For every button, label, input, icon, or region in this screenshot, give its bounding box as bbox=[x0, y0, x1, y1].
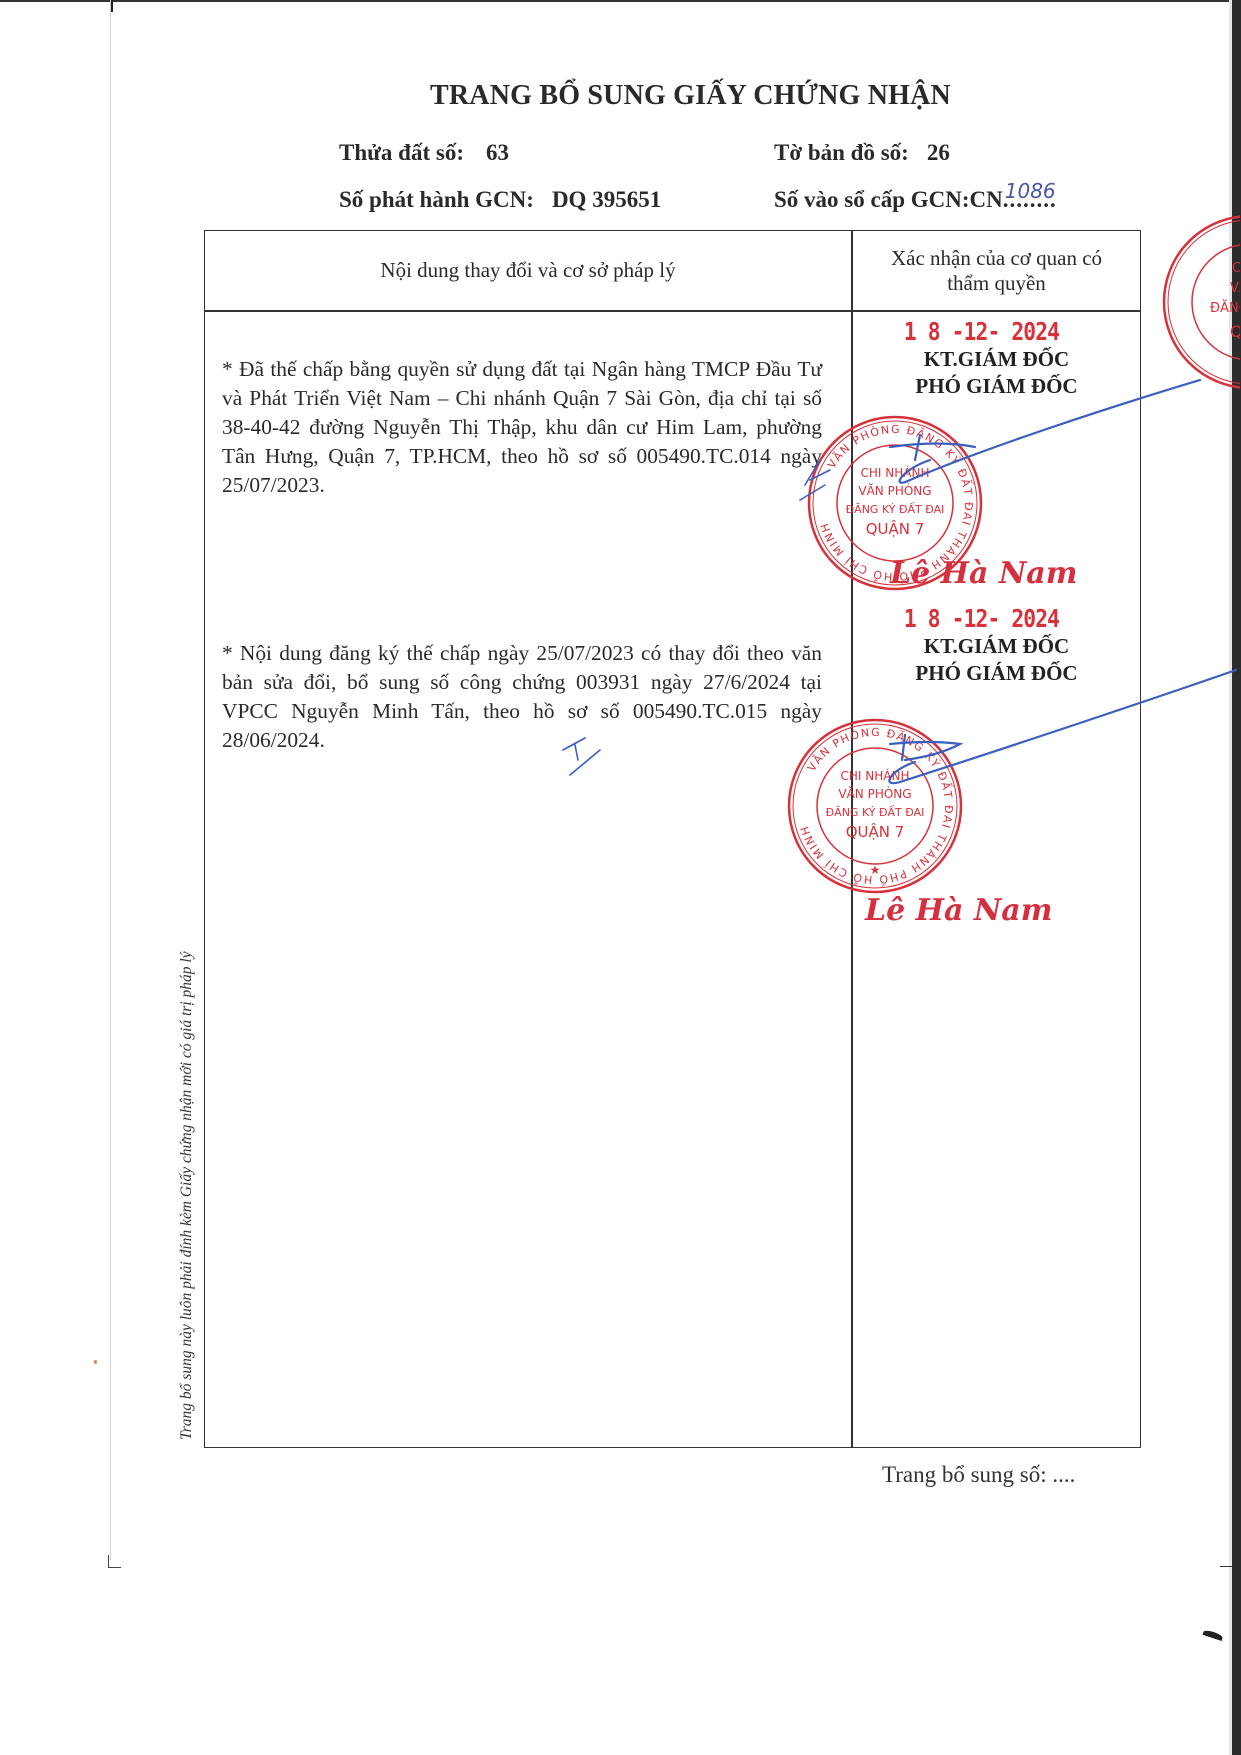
register-number: Số vào sổ cấp GCN:CN ........ 1086 bbox=[774, 187, 1057, 213]
date-stamp: 1 8 -12- 2024 bbox=[847, 604, 1116, 633]
scan-fold-line bbox=[110, 0, 111, 1560]
header-divider bbox=[205, 310, 1140, 312]
signer-name-stamp: Lê Hà Nam bbox=[890, 556, 1077, 591]
page-title: TRANG BỔ SUNG GIẤY CHỨNG NHẬN bbox=[0, 80, 1241, 112]
parcel-number: Thửa đất số:63 bbox=[339, 140, 509, 166]
svg-text:ĐĂNG KÝ ĐẤT ĐAI: ĐĂNG KÝ ĐẤT ĐAI bbox=[846, 502, 945, 516]
role-line: PHÓ GIÁM ĐỐC bbox=[853, 660, 1140, 687]
register-label: Số vào sổ cấp GCN: bbox=[774, 187, 970, 212]
official-seal-icon: VĂN PHÒNG ĐĂNG KÝ ĐẤT ĐAI THÀNH PHỐ HỒ C… bbox=[785, 716, 965, 896]
scan-mark bbox=[111, 0, 113, 12]
issue-number: Số phát hành GCN:DQ 395651 bbox=[339, 187, 661, 213]
crop-mark bbox=[1220, 1566, 1232, 1567]
entry-content-2: * Nội dung đăng ký thế chấp ngày 25/07/2… bbox=[222, 639, 822, 755]
parcel-label: Thửa đất số: bbox=[339, 140, 464, 165]
svg-text:CHI NHÁNH: CHI NHÁNH bbox=[841, 768, 910, 783]
svg-text:CHI NHÁNH: CHI NHÁNH bbox=[861, 465, 930, 480]
header-content: Nội dung thay đổi và cơ sở pháp lý bbox=[205, 231, 851, 310]
entry-content-1: * Đã thế chấp bằng quyền sử dụng đất tại… bbox=[222, 355, 822, 500]
svg-text:QUẬN 7: QUẬN 7 bbox=[846, 822, 905, 841]
register-prefix: CN bbox=[970, 187, 1003, 212]
role-line: PHÓ GIÁM ĐỐC bbox=[853, 373, 1140, 400]
header-confirmation: Xác nhận của cơ quan có thẩm quyền bbox=[853, 231, 1140, 310]
issue-label: Số phát hành GCN: bbox=[339, 187, 534, 212]
svg-text:★: ★ bbox=[870, 863, 881, 877]
amendment-table: Nội dung thay đổi và cơ sở pháp lý Xác n… bbox=[204, 230, 1141, 1448]
map-sheet-number: Tờ bản đồ số:26 bbox=[774, 140, 950, 166]
svg-text:ĐĂNG: ĐĂNG bbox=[1210, 300, 1240, 316]
parcel-value: 63 bbox=[486, 140, 509, 165]
signer-name-stamp: Lê Hà Nam bbox=[865, 893, 1052, 928]
role-line: KT.GIÁM ĐỐC bbox=[853, 633, 1140, 660]
issue-value: DQ 395651 bbox=[552, 187, 661, 212]
date-stamp: 1 8 -12- 2024 bbox=[847, 317, 1116, 346]
ink-smudge bbox=[1203, 1629, 1224, 1641]
map-sheet-value: 26 bbox=[927, 140, 950, 165]
svg-text:Q: Q bbox=[1230, 322, 1240, 341]
svg-text:VĂN PHÒNG: VĂN PHÒNG bbox=[858, 483, 931, 498]
scan-border-top bbox=[0, 0, 1241, 2]
official-seal-partial-icon: CH VĂ ĐĂNG Q bbox=[1160, 212, 1240, 392]
supplement-page-number: Trang bổ sung số: .... bbox=[882, 1462, 1075, 1488]
crop-mark bbox=[108, 1555, 121, 1568]
confirmation-block-2: 1 8 -12- 2024 KT.GIÁM ĐỐC PHÓ GIÁM ĐỐC bbox=[853, 604, 1140, 687]
svg-text:VĂN PHÒNG: VĂN PHÒNG bbox=[838, 786, 911, 801]
register-handwritten-value: 1086 bbox=[1005, 179, 1056, 203]
side-note: Trang bổ sung này luôn phải đính kèm Giấ… bbox=[178, 951, 196, 1440]
svg-text:QUẬN 7: QUẬN 7 bbox=[866, 519, 925, 538]
ink-dot bbox=[94, 1360, 97, 1364]
header-confirmation-text: Xác nhận của cơ quan có thẩm quyền bbox=[872, 246, 1122, 296]
svg-text:VĂ: VĂ bbox=[1230, 280, 1240, 296]
svg-text:ĐĂNG KÝ ĐẤT ĐAI: ĐĂNG KÝ ĐẤT ĐAI bbox=[826, 805, 925, 819]
role-line: KT.GIÁM ĐỐC bbox=[853, 346, 1140, 373]
confirmation-block-1: 1 8 -12- 2024 KT.GIÁM ĐỐC PHÓ GIÁM ĐỐC bbox=[853, 317, 1140, 400]
svg-text:CH: CH bbox=[1232, 261, 1240, 276]
map-sheet-label: Tờ bản đồ số: bbox=[774, 140, 909, 165]
